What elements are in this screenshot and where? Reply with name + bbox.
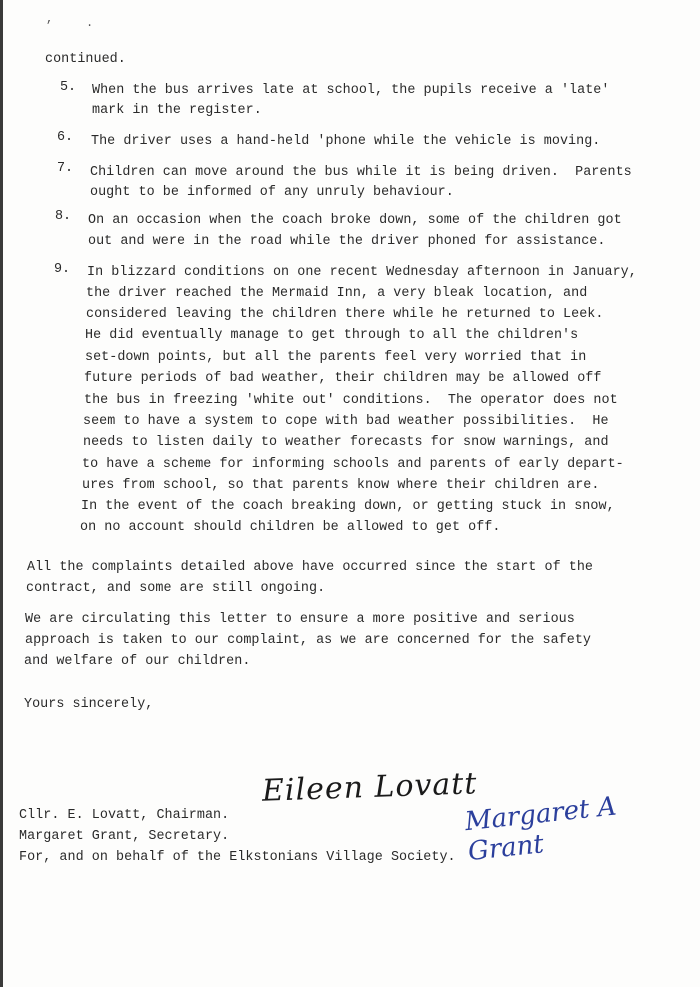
- page-edge: [0, 0, 3, 987]
- item-line: future periods of bad weather, their chi…: [84, 371, 601, 386]
- item-line: ures from school, so that parents know w…: [82, 478, 599, 493]
- item-line: In blizzard conditions on one recent Wed…: [87, 265, 637, 280]
- item-line: mark in the register.: [92, 103, 262, 118]
- stray-mark: .: [86, 16, 93, 30]
- item-line: ought to be informed of any unruly behav…: [90, 185, 454, 200]
- item-line: In the event of the coach breaking down,…: [81, 499, 615, 514]
- closing-line: All the complaints detailed above have o…: [27, 560, 593, 575]
- closing-line: We are circulating this letter to ensure…: [25, 612, 575, 627]
- item-line: seem to have a system to cope with bad w…: [83, 414, 609, 429]
- item-line: On an occasion when the coach broke down…: [88, 213, 622, 228]
- closing-line: contract, and some are still ongoing.: [26, 581, 325, 596]
- handwritten-signature-lovatt: Eileen Lovatt: [261, 766, 477, 808]
- item-line: needs to listen daily to weather forecas…: [83, 435, 609, 450]
- item-line: on no account should children be allowed…: [80, 520, 500, 535]
- item-line: The driver uses a hand-held 'phone while…: [91, 134, 600, 149]
- signatory-society: For, and on behalf of the Elkstonians Vi…: [19, 850, 456, 865]
- item-line: out and were in the road while the drive…: [88, 234, 605, 249]
- item-line: When the bus arrives late at school, the…: [92, 83, 609, 98]
- item-line: set-down points, but all the parents fee…: [85, 350, 586, 365]
- stray-mark: ,: [46, 12, 53, 26]
- item-number: 6.: [57, 130, 73, 145]
- item-line: the bus in freezing 'white out' conditio…: [84, 393, 618, 408]
- handwritten-signature-grant: Margaret A Grant: [464, 783, 700, 867]
- item-line: the driver reached the Mermaid Inn, a ve…: [86, 286, 587, 301]
- item-number: 5.: [60, 80, 76, 95]
- item-line: to have a scheme for informing schools a…: [82, 457, 624, 472]
- item-number: 7.: [57, 161, 73, 176]
- continued-label: continued.: [45, 52, 126, 67]
- signatory-secretary: Margaret Grant, Secretary.: [19, 829, 229, 844]
- item-number: 8.: [55, 209, 71, 224]
- item-line: He did eventually manage to get through …: [85, 328, 578, 343]
- salutation: Yours sincerely,: [24, 697, 153, 712]
- item-line: Children can move around the bus while i…: [90, 165, 632, 180]
- item-line: considered leaving the children there wh…: [86, 307, 603, 322]
- signatory-chairman: Cllr. E. Lovatt, Chairman.: [19, 808, 229, 823]
- item-number: 9.: [54, 262, 70, 277]
- closing-line: and welfare of our children.: [24, 654, 250, 669]
- closing-line: approach is taken to our complaint, as w…: [25, 633, 591, 648]
